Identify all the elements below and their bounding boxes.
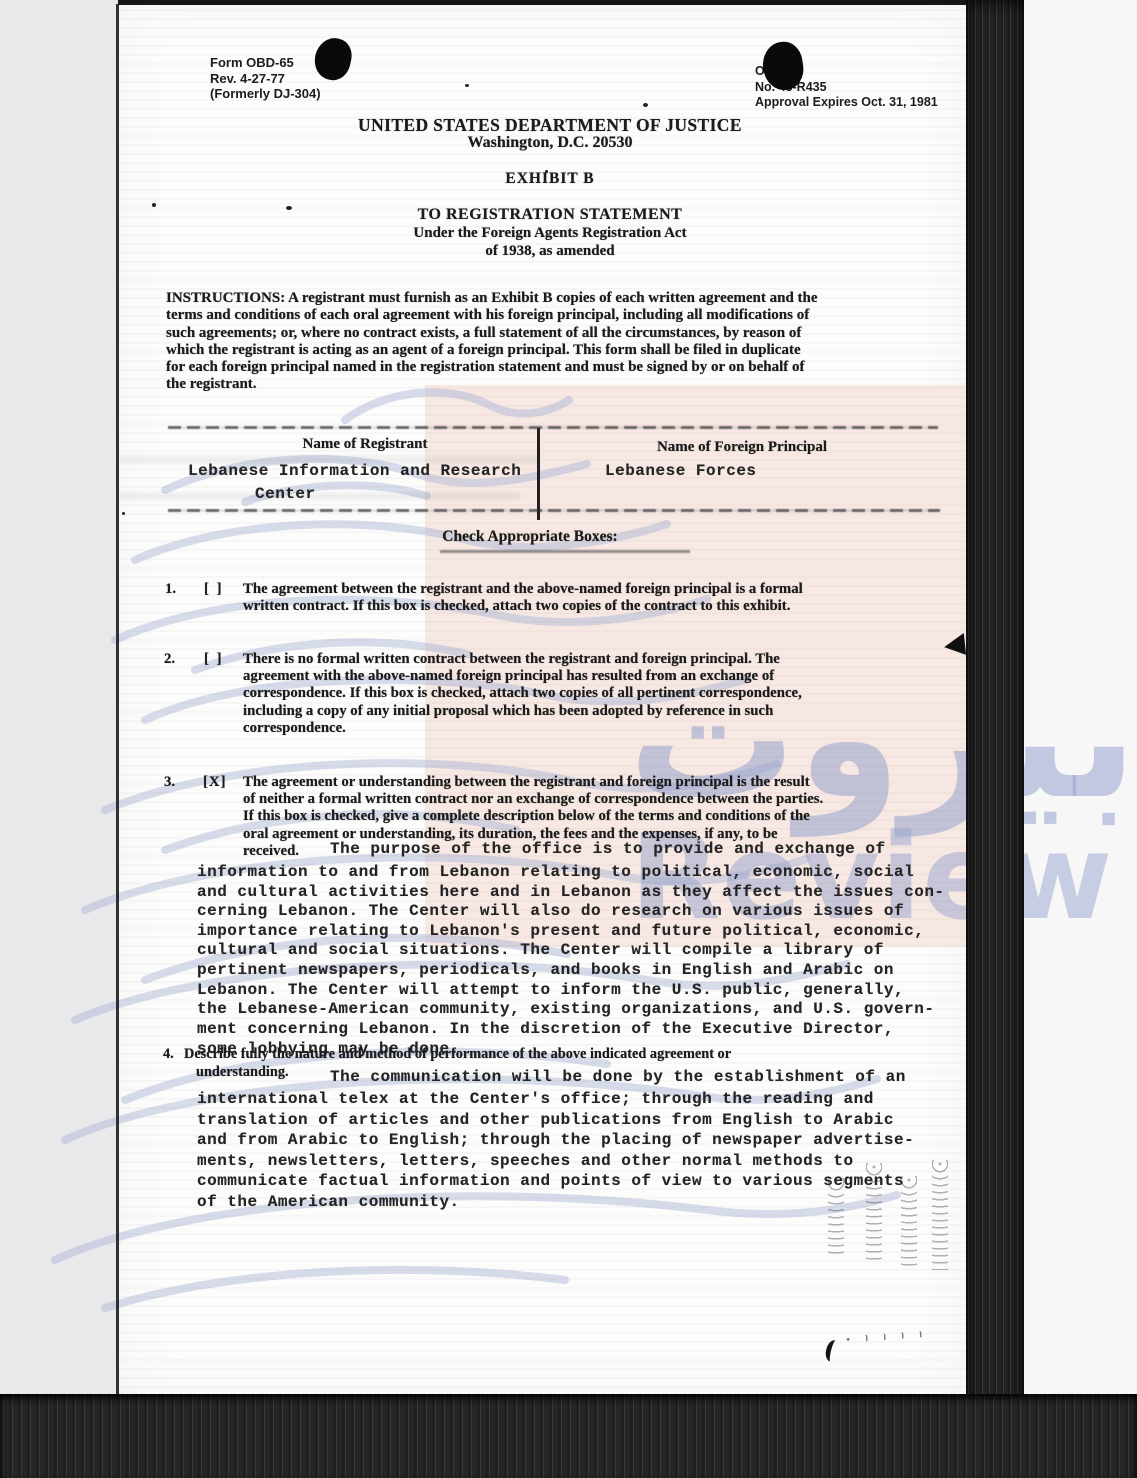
check-boxes-underline (440, 550, 690, 553)
form-revision: Rev. 4-27-77 (210, 71, 321, 87)
scan-streak (120, 492, 520, 500)
scan-speck (286, 206, 292, 210)
scanner-fabric-band-bottom (0, 1394, 1137, 1478)
bleedthrough-marks (866, 1163, 882, 1263)
item4-typed-lead: The communication will be done by the es… (330, 1068, 906, 1086)
item3-typed-paragraph: information to and from Lebanon relating… (197, 863, 945, 1039)
agency-title: UNITED STATES DEPARTMENT OF JUSTICE (250, 115, 850, 136)
foreign-principal-column-header: Name of Foreign Principal (577, 439, 907, 456)
bleedthrough-marks (828, 1178, 844, 1256)
item4-typed-paragraph: international telex at the Center's offi… (197, 1089, 914, 1213)
bleedthrough-marks (901, 1176, 917, 1270)
table-top-rule (168, 426, 938, 429)
omb-expiration: Approval Expires Oct. 31, 1981 (755, 95, 938, 111)
act-line-2: of 1938, as amended (250, 243, 850, 260)
scanned-document-page: بيروت Review Form OBD-65 Rev. 4-27-77 (F… (0, 0, 1137, 1478)
item1-number: 1. (165, 581, 176, 598)
registrant-name-line1: Lebanese Information and Research (188, 462, 521, 480)
scan-speck (643, 103, 648, 107)
item3-text: The agreement or understanding between t… (243, 774, 823, 843)
exhibit-title: EXHIBIT B (250, 170, 850, 188)
form-number-block: Form OBD-65 Rev. 4-27-77 (Formerly DJ-30… (210, 55, 321, 102)
scanner-fabric-band-right (966, 0, 1024, 1478)
form-formerly: (Formerly DJ-304) (210, 86, 321, 102)
form-number: Form OBD-65 (210, 55, 321, 71)
act-line-1: Under the Foreign Agents Registration Ac… (250, 225, 850, 242)
table-bottom-rule (168, 509, 940, 512)
scan-speck (465, 84, 469, 87)
paper-top-edge (118, 0, 968, 5)
item2-text: There is no formal written contract betw… (243, 651, 802, 737)
item2-number: 2. (164, 651, 175, 668)
item3-text-last: received. (243, 843, 299, 860)
item1-text: The agreement between the registrant and… (243, 581, 803, 615)
item1-checkbox: [ ] (204, 581, 224, 598)
registrant-name-line2: Center (255, 485, 316, 503)
agency-address: Washington, D.C. 20530 (250, 134, 850, 152)
item3-typed-lead: The purpose of the office is to provide … (330, 840, 886, 858)
foreign-principal-name: Lebanese Forces (605, 462, 757, 480)
edge-arrow-marker (943, 633, 966, 657)
table-divider-line (537, 428, 540, 520)
bleedthrough-marks (932, 1160, 948, 1270)
scan-speck (122, 512, 125, 515)
check-boxes-title: Check Appropriate Boxes: (340, 528, 720, 546)
scan-speck (152, 203, 156, 207)
item3-number: 3. (164, 774, 175, 791)
scan-speck (545, 170, 548, 173)
paper-left-edge (116, 4, 119, 1394)
item4-text-line1: Describe fully the nature and method of … (184, 1046, 731, 1063)
item4-number: 4. (163, 1046, 174, 1063)
instructions-paragraph: INSTRUCTIONS: A registrant must furnish … (166, 290, 946, 394)
item4-text-line2: understanding. (196, 1064, 289, 1081)
item3-checkbox-checked: [X] (203, 774, 227, 791)
registrant-column-header: Name of Registrant (200, 436, 530, 453)
item2-checkbox: [ ] (204, 651, 224, 668)
statement-title: TO REGISTRATION STATEMENT (250, 206, 850, 224)
